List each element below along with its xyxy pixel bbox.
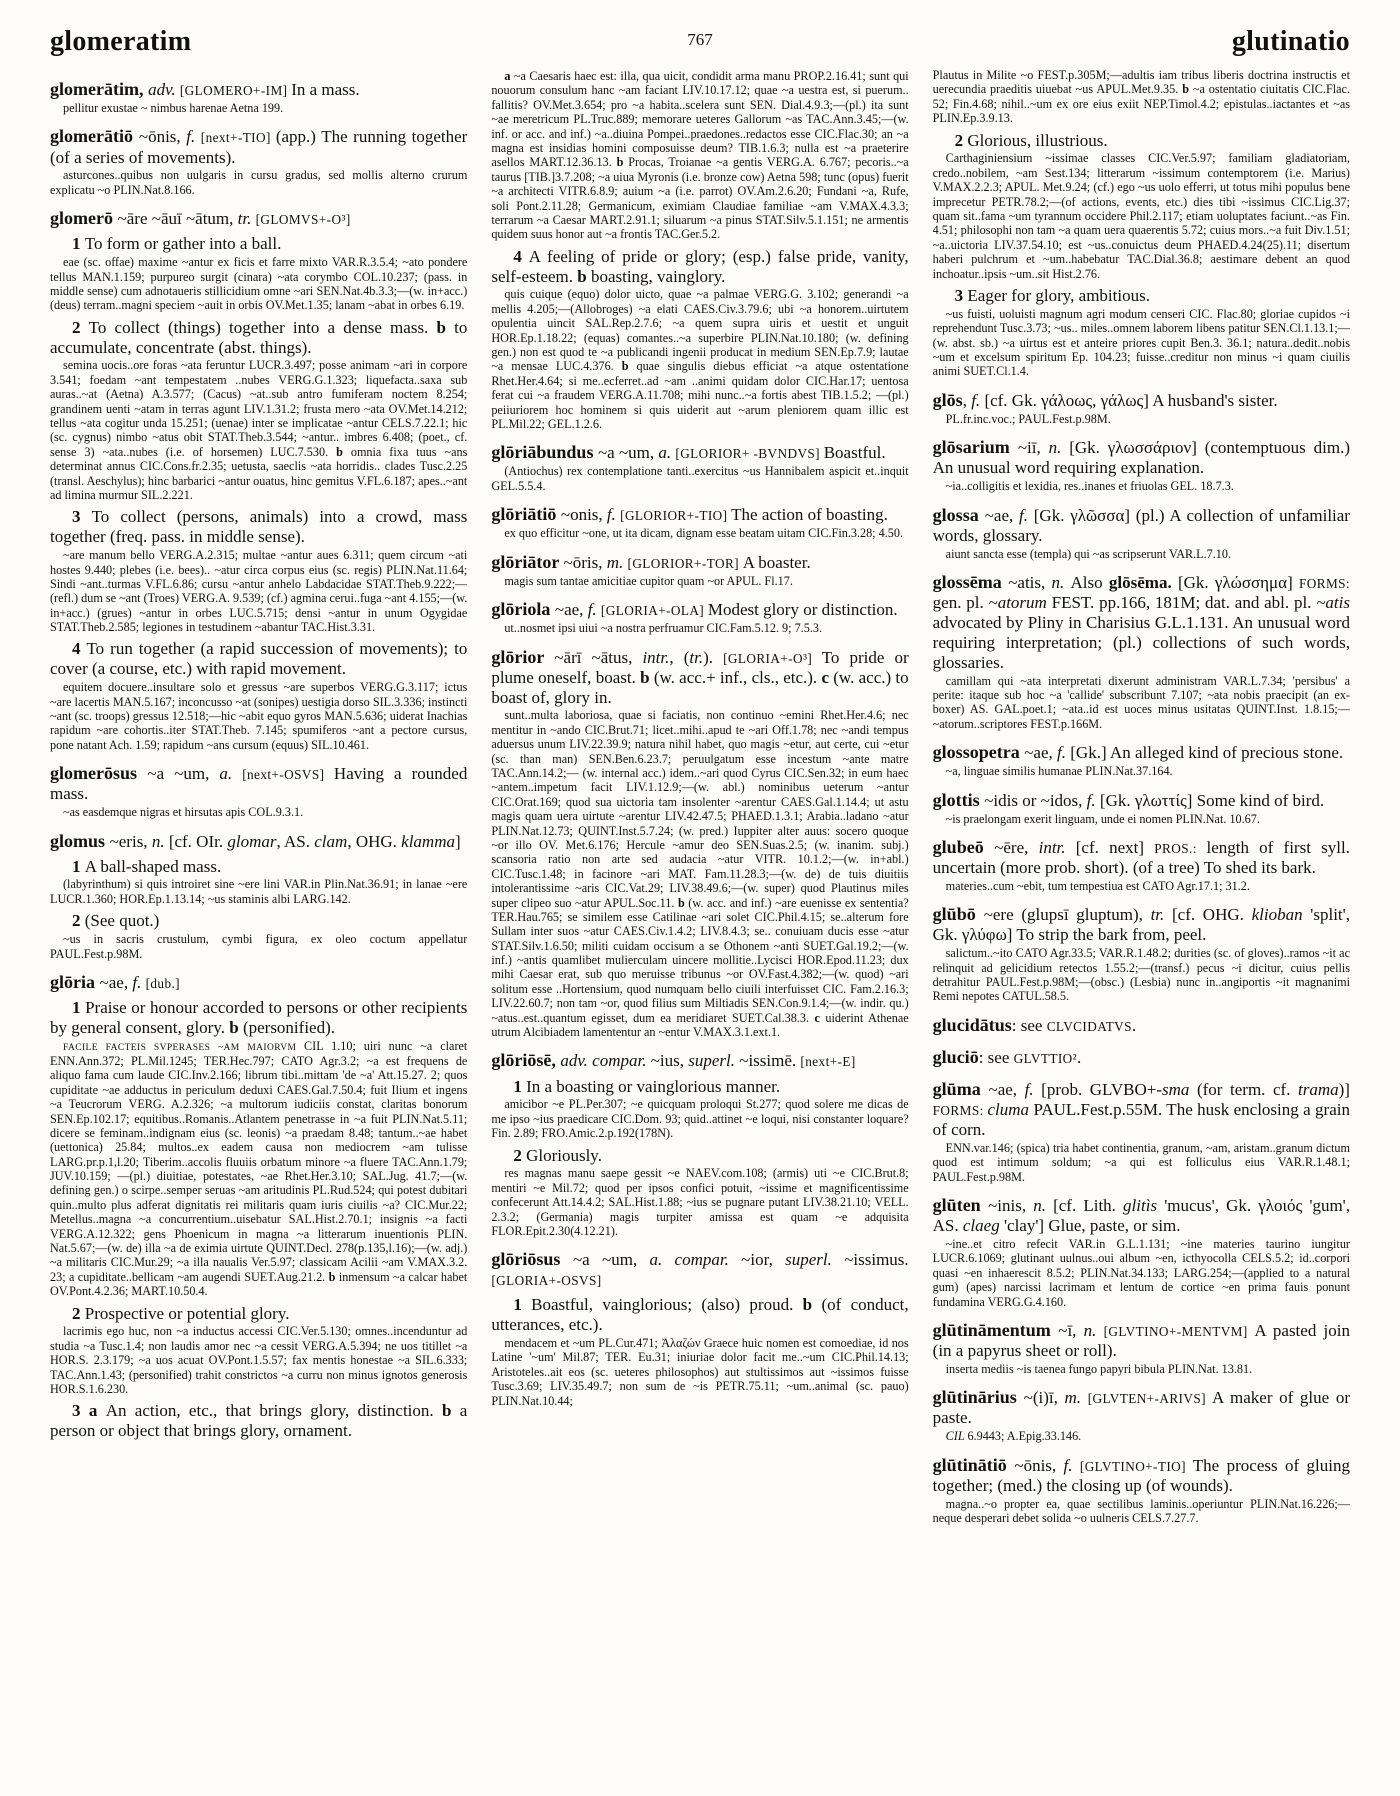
dictionary-entry: glucidātus: see CLVCIDATVS. (933, 1015, 1350, 1036)
columns-container: glomerātim, adv. [GLOMERO+-IM] In a mass… (50, 68, 1350, 1774)
column-middle: a ~a Caesaris haec est: illa, qua uicit,… (491, 68, 908, 1774)
dictionary-entry: gluciō: see GLVTTIO². (933, 1047, 1350, 1068)
quotation-block: pellitur exustae ~ nimbus harenae Aetna … (50, 101, 467, 115)
sense-paragraph: 1 Praise or honour accorded to persons o… (50, 998, 467, 1038)
sense-paragraph: 1 To form or gather into a ball. (50, 234, 467, 254)
dictionary-entry: glūten ~inis, n. [cf. Lith. glitìs 'mucu… (933, 1195, 1350, 1236)
quotation-block: ~as easdemque nigras et hirsutas apis CO… (50, 805, 467, 819)
dictionary-entry: glōriōsē, adv. compar. ~ius, superl. ~is… (491, 1050, 908, 1071)
dictionary-entry: glūbō ~ere (glupsī gluptum), tr. [cf. OH… (933, 904, 1350, 945)
dictionary-entry: glomerō ~āre ~āuī ~ātum, tr. [GLOMVS+-O³… (50, 208, 467, 229)
dictionary-entry: glossa ~ae, f. [Gk. γλῶσσα] (pl.) A coll… (933, 505, 1350, 546)
sense-paragraph: 2 (See quot.) (50, 911, 467, 931)
sense-paragraph: 2 Glorious, illustrious. (933, 131, 1350, 151)
sense-paragraph: 1 In a boasting or vainglorious manner. (491, 1077, 908, 1097)
dictionary-entry: glūtinātiō ~ōnis, f. [GLVTINO+-TIO] The … (933, 1455, 1350, 1496)
dictionary-entry: glōs, f. [cf. Gk. γάλοως, γάλως] A husba… (933, 390, 1350, 411)
quotation-block: semina uocis..ore foras ~ata feruntur LU… (50, 358, 467, 502)
running-head-right-word: glutinatio (917, 26, 1350, 58)
quotation-block: amicibor ~e PL.Per.307; ~e quicquam prol… (491, 1097, 908, 1140)
dictionary-page: glomeratim 767 glutinatio glomerātim, ad… (0, 0, 1400, 1796)
sense-paragraph: 2 To collect (things) together into a de… (50, 318, 467, 358)
quotation-block: aiunt sancta esse (templa) qui ~as scrip… (933, 547, 1350, 561)
sense-paragraph: 4 To run together (a rapid succession of… (50, 639, 467, 679)
quotation-block: ~us in sacris crustulum, cymbi figura, e… (50, 932, 467, 961)
quotation-block: materies..cum ~ebit, tum tempestiua est … (933, 879, 1350, 893)
quotation-block: ut..nosmet ipsi uiui ~a nostra perfruamu… (491, 621, 908, 635)
quotation-block: equitem docuere..insultare solo et gress… (50, 680, 467, 752)
quotation-block: FACILE FACTEIS SVPERASES ~AM MAIORVM CIL… (50, 1039, 467, 1299)
page-number: 767 (483, 26, 916, 50)
quotation-block: mendacem et ~um PL.Cur.471; Ἀλαζών Graec… (491, 1336, 908, 1408)
dictionary-entry: glōria ~ae, f. [dub.] (50, 972, 467, 993)
dictionary-entry: glōsarium ~iī, n. [Gk. γλωσσάριον] (cont… (933, 437, 1350, 478)
quotation-block: Plautus in Milite ~o FEST.p.305M;—adulti… (933, 68, 1350, 126)
dictionary-entry: glossopetra ~ae, f. [Gk.] An alleged kin… (933, 742, 1350, 763)
dictionary-entry: glūma ~ae, f. [prob. GLVBO+-sma (for ter… (933, 1079, 1350, 1140)
dictionary-entry: glubeō ~ēre, intr. [cf. next] PROS.: len… (933, 837, 1350, 878)
quotation-block: ex quo efficitur ~one, ut ita dicam, dig… (491, 526, 908, 540)
sense-paragraph: 2 Gloriously. (491, 1146, 908, 1166)
quotation-block: ~is praelongam exerit linguam, unde ei n… (933, 812, 1350, 826)
quotation-block: sunt..multa laboriosa, quae si faciatis,… (491, 708, 908, 1039)
sense-paragraph: 4 A feeling of pride or glory; (esp.) fa… (491, 247, 908, 287)
quotation-block: inserta mediis ~is taenea fungo papyri b… (933, 1362, 1350, 1376)
sense-paragraph: 2 Prospective or potential glory. (50, 1304, 467, 1324)
sense-paragraph: 3 To collect (persons, animals) into a c… (50, 507, 467, 547)
quotation-block: PL.fr.inc.voc.; PAUL.Fest.p.98M. (933, 412, 1350, 426)
dictionary-entry: glūtināmentum ~ī, n. [GLVTINO+-MENTVM] A… (933, 1320, 1350, 1361)
quotation-block: lacrimis ego huc, non ~a inductus access… (50, 1324, 467, 1396)
sense-paragraph: 1 Boastful, vainglorious; (also) proud. … (491, 1295, 908, 1335)
column-left: glomerātim, adv. [GLOMERO+-IM] In a mass… (50, 68, 467, 1774)
quotation-block: eae (sc. offae) maxime ~antur ex ficis e… (50, 255, 467, 313)
dictionary-entry: glossēma ~atis, n. Also glōsēma. [Gk. γλ… (933, 572, 1350, 673)
quotation-block: CIL 6.9443; A.Epig.33.146. (933, 1429, 1350, 1443)
quotation-block: camillam qui ~ata interpretati dixerunt … (933, 674, 1350, 732)
dictionary-entry: glōriola ~ae, f. [GLORIA+-OLA] Modest gl… (491, 599, 908, 620)
dictionary-entry: glōrior ~ārī ~ātus, intr., (tr.). [GLORI… (491, 647, 908, 708)
quotation-block: res magnas manu saepe gessit ~e NAEV.com… (491, 1166, 908, 1238)
quotation-block: asturcones..quibus non uulgaris in cursu… (50, 168, 467, 197)
column-right: Plautus in Milite ~o FEST.p.305M;—adulti… (933, 68, 1350, 1774)
dictionary-entry: glōriōsus ~a ~um, a. compar. ~ior, super… (491, 1249, 908, 1290)
quotation-block: (Antiochus) rex contemplatione tanti..ex… (491, 464, 908, 493)
quotation-block: quis cuique (equo) dolor uicto, quae ~a … (491, 287, 908, 431)
dictionary-entry: glōriātiō ~onis, f. [GLORIOR+-TIO] The a… (491, 504, 908, 525)
quotation-block: ~ine..et citro refecit VAR.in G.L.1.131;… (933, 1237, 1350, 1309)
dictionary-entry: glōriābundus ~a ~um, a. [GLORIOR+ -BVNDV… (491, 442, 908, 463)
quotation-block: (labyrinthum) si quis introiret sine ~er… (50, 877, 467, 906)
quotation-block: magis sum tantae amicitiae cupitor quam … (491, 574, 908, 588)
quotation-block: Carthaginiensium ~issimae classes CIC.Ve… (933, 151, 1350, 281)
running-head: glomeratim 767 glutinatio (50, 26, 1350, 58)
dictionary-entry: glūtinārius ~(i)ī, m. [GLVTEN+-ARIVS] A … (933, 1387, 1350, 1428)
sense-paragraph: 3 a An action, etc., that brings glory, … (50, 1401, 467, 1441)
dictionary-entry: glomerātim, adv. [GLOMERO+-IM] In a mass… (50, 79, 467, 100)
sense-paragraph: 3 Eager for glory, ambitious. (933, 286, 1350, 306)
dictionary-entry: glomerōsus ~a ~um, a. [next+-OSVS] Havin… (50, 763, 467, 804)
quotation-block: a ~a Caesaris haec est: illa, qua uicit,… (491, 69, 908, 242)
dictionary-entry: glottis ~idis or ~idos, f. [Gk. γλωττίς]… (933, 790, 1350, 811)
quotation-block: ~are manum bello VERG.A.2.315; multae ~a… (50, 548, 467, 634)
quotation-block: salictum..~ito CATO Agr.33.5; VAR.R.1.48… (933, 946, 1350, 1004)
quotation-block: ENN.var.146; (spica) tria habet continen… (933, 1141, 1350, 1184)
dictionary-entry: glomus ~eris, n. [cf. OIr. glomar, AS. c… (50, 831, 467, 852)
quotation-block: ~ia..colligitis et lexidia, res..inanes … (933, 479, 1350, 493)
dictionary-entry: glomerātiō ~ōnis, f. [next+-TIO] (app.) … (50, 126, 467, 167)
running-head-left-word: glomeratim (50, 26, 483, 58)
quotation-block: ~a, linguae similis humanae PLIN.Nat.37.… (933, 764, 1350, 778)
dictionary-entry: glōriātor ~ōris, m. [GLORIOR+-TOR] A boa… (491, 552, 908, 573)
sense-paragraph: 1 A ball-shaped mass. (50, 857, 467, 877)
quotation-block: ~us fuisti, uoluisti magnum agri modum c… (933, 307, 1350, 379)
quotation-block: magna..~o propter ea, quae sectilibus la… (933, 1497, 1350, 1526)
